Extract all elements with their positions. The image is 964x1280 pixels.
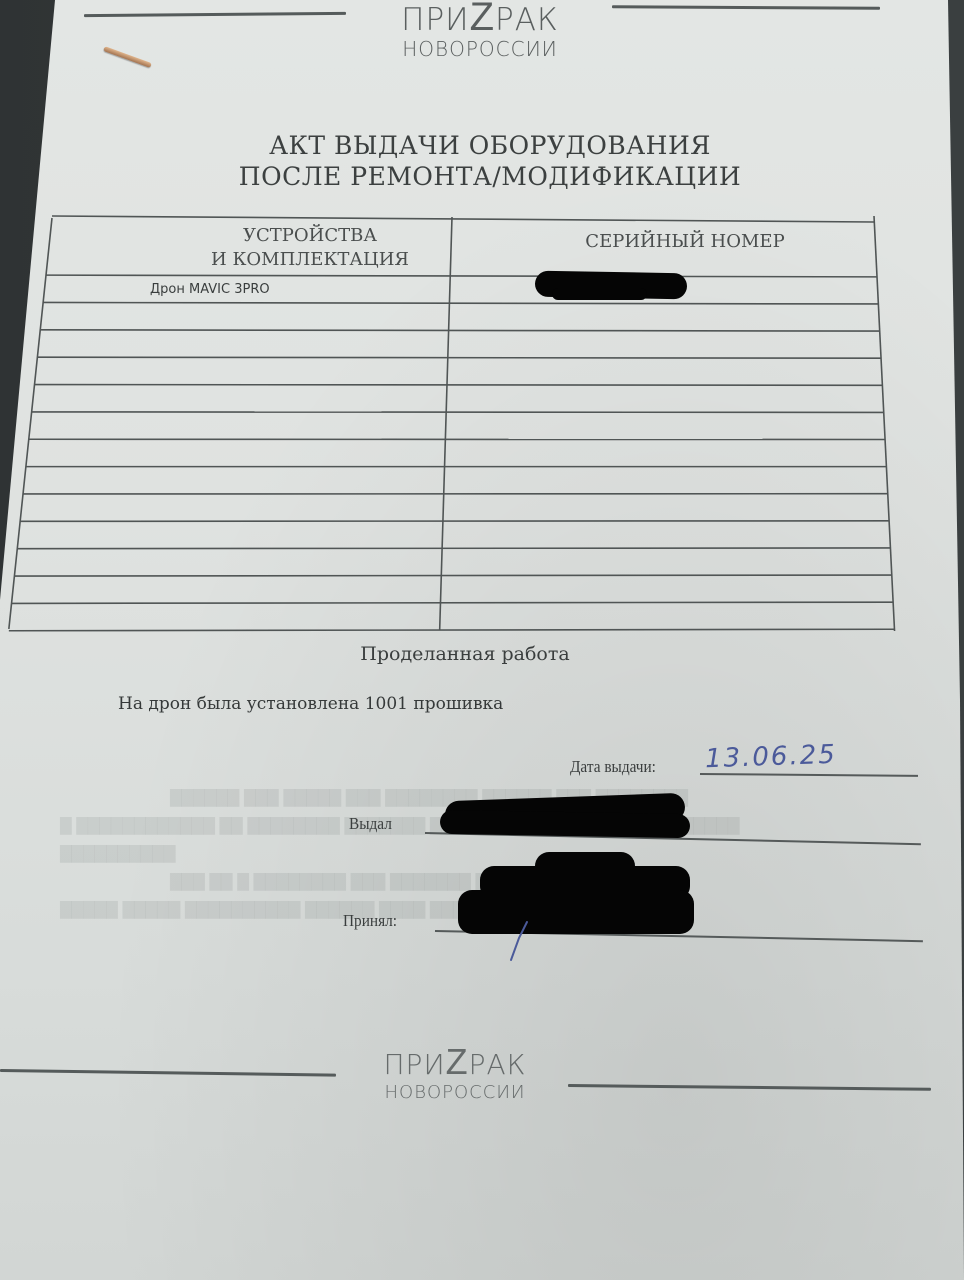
document-title-line1: АКТ ВЫДАЧИ ОБОРУДОВАНИЯ [200,130,780,162]
issued-by-label: Выдал [349,814,392,834]
issue-date-label: Дата выдачи: [570,757,656,777]
table-row-device: Дрон MAVIC 3PRO [150,282,270,297]
work-performed-text: На дрон была установлена 1001 прошивка [118,694,503,714]
work-performed-title: Проделанная работа [300,643,630,665]
column-header-devices: УСТРОЙСТВА И КОМПЛЕКТАЦИЯ [190,224,430,272]
footer-logo-wordmark: ПРИZРАК [340,1046,570,1081]
received-by-label: Принял: [343,911,397,931]
logo-wordmark: ПРИZРАК [360,0,600,37]
issue-date-value: 13.06.25 [705,740,838,775]
document-title-line2: ПОСЛЕ РЕМОНТА/МОДИФИКАЦИИ [200,161,780,193]
received-by-redaction-3 [458,890,694,934]
footer-logo-subtitle: НОВОРОССИИ [340,1081,570,1105]
signature-stroke [505,920,535,965]
issued-by-redaction-2 [440,810,690,838]
logo-subtitle: НОВОРОССИИ [360,37,600,61]
column-header-serial: СЕРИЙНЫЙ НОМЕР [565,230,805,254]
footer-logo: ПРИZРАК НОВОРОССИИ [340,1046,570,1105]
serial-redaction-tail [552,288,647,300]
header-logo: ПРИZРАК НОВОРОССИИ [360,0,600,61]
